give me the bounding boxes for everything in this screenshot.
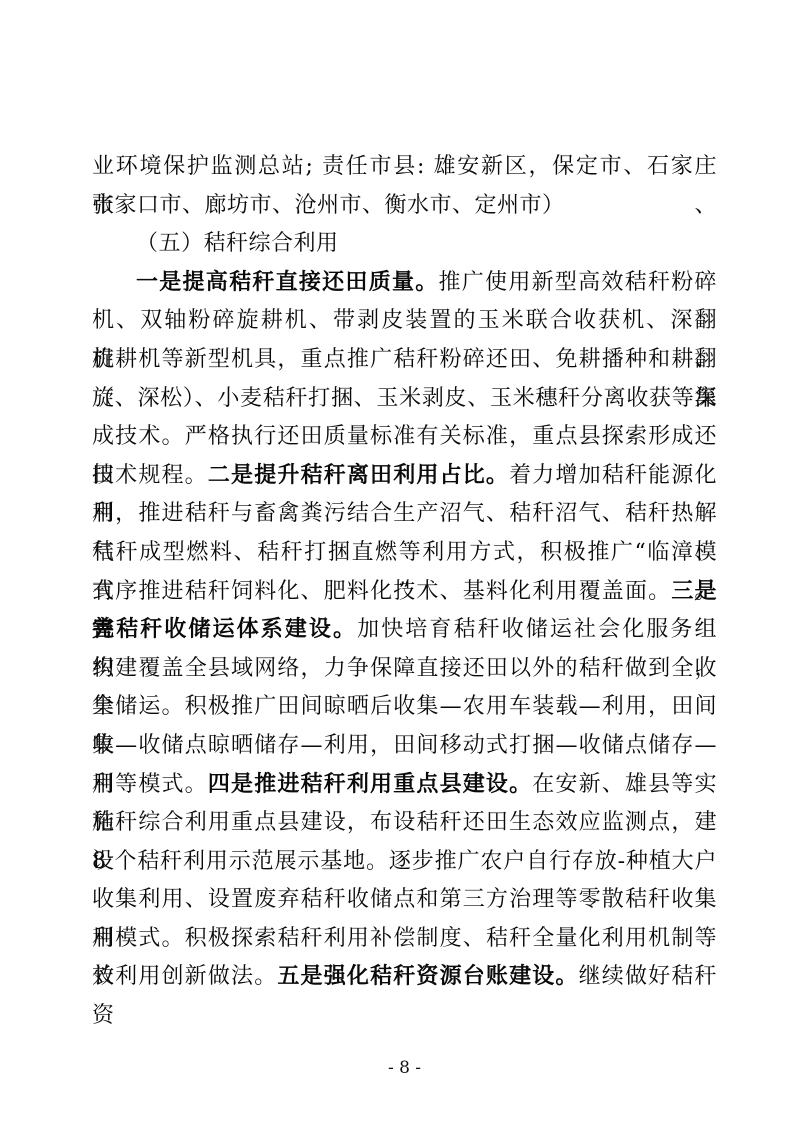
text-line: 业环境保护监测总站; 责任市县: 雄安新区，保定市、石家庄市、 [92, 148, 717, 187]
text-line: 构建覆盖全县域网络，力争保障直接还田以外的秸秆做到全收集 [92, 650, 717, 689]
text-segment: 技术规程。 [92, 463, 208, 488]
document-body: 业环境保护监测总站; 责任市县: 雄安新区，保定市、石家庄市、张家口市、廊坊市、… [92, 148, 717, 997]
text-line: 8 个秸秆利用示范展示基地。逐步推广农户自行存放-种植大户 [92, 843, 717, 882]
text-line: 成技术。严格执行还田质量标准有关标准，重点县探索形成还田 [92, 418, 717, 457]
text-line: 用模式。积极探索秸秆利用补偿制度、秸秆全量化利用机制等长 [92, 920, 717, 959]
text-segment: 用等模式。 [92, 772, 208, 797]
text-line: 一是提高秸秆直接还田质量。推广使用新型高效秸秆粉碎 [92, 264, 717, 303]
text-segment: 张家口市、廊坊市、沧州市、衡水市、定州市） [92, 193, 565, 218]
text-segment: 旋、深松）、小麦秸秆打捆、玉米剥皮、玉米穗秆分离收获等集 [92, 386, 717, 411]
text-line: 全储运。积极推广田间晾晒后收集—农用车装载—利用，田间收 [92, 688, 717, 727]
text-line: 机、双轴粉碎旋耕机、带剥皮装置的玉米联合收获机、深翻机、 [92, 302, 717, 341]
footer-page-number: - 8 - [0, 1058, 809, 1078]
text-line: 有序推进秸秆饲料化、肥料化技术、基料化利用覆盖面。三是完 [92, 573, 717, 612]
bold-text-segment: 五是强化秸秆资源台账建设。 [277, 964, 578, 989]
bold-text-segment: 善秸秆收储运体系建设。 [92, 617, 357, 642]
bold-text-segment: 二是提升秸秆离田利用占比。 [208, 463, 509, 488]
document-page: 业环境保护监测总站; 责任市县: 雄安新区，保定市、石家庄市、张家口市、廊坊市、… [0, 0, 809, 1142]
text-line: 集—收储点晾晒储存—利用，田间移动式打捆—收储点储存—利 [92, 727, 717, 766]
text-line: 效利用创新做法。五是强化秸秆资源台账建设。继续做好秸秆资 [92, 958, 717, 997]
text-line: （五）秸秆综合利用 [92, 225, 717, 264]
text-line: 用等模式。四是推进秸秆利用重点县建设。在安新、雄县等实施 [92, 766, 717, 805]
text-segment: 8 个秸秆利用示范展示基地。逐步推广农户自行存放-种植大户 [92, 849, 717, 874]
text-segment: 效利用创新做法。 [92, 964, 277, 989]
bold-text-segment: 四是推进秸秆利用重点县建设。 [208, 772, 532, 797]
bold-text-segment: 一是提高秸秆直接还田质量。 [136, 270, 439, 295]
text-segment: （五）秸秆综合利用 [136, 231, 339, 256]
text-line: 收集利用、设置废弃秸秆收储点和第三方治理等零散秸秆收集利 [92, 881, 717, 920]
text-line: 技术规程。二是提升秸秆离田利用占比。着力增加秸秆能源化利 [92, 457, 717, 496]
text-line: 秸秆综合利用重点县建设，布设秸秆还田生态效应监测点，建设 [92, 804, 717, 843]
text-segment: 有序推进秸秆饲料化、肥料化技术、基料化利用覆盖面。 [92, 579, 671, 604]
text-line: 秸秆成型燃料、秸秆打捆直燃等利用方式，积极推广“临漳模式”。 [92, 534, 717, 573]
text-line: 善秸秆收储运体系建设。加快培育秸秆收储运社会化服务组织， [92, 611, 717, 650]
text-segment: 推广使用新型高效秸秆粉碎 [439, 270, 717, 295]
text-line: 用，推进秸秆与畜禽粪污结合生产沼气、秸秆沼气、秸秆热解气、 [92, 495, 717, 534]
text-line: 旋、深松）、小麦秸秆打捆、玉米剥皮、玉米穗秆分离收获等集 [92, 380, 717, 419]
text-line: 旋耕机等新型机具，重点推广秸秆粉碎还田、免耕播种和耕翻（深 [92, 341, 717, 380]
